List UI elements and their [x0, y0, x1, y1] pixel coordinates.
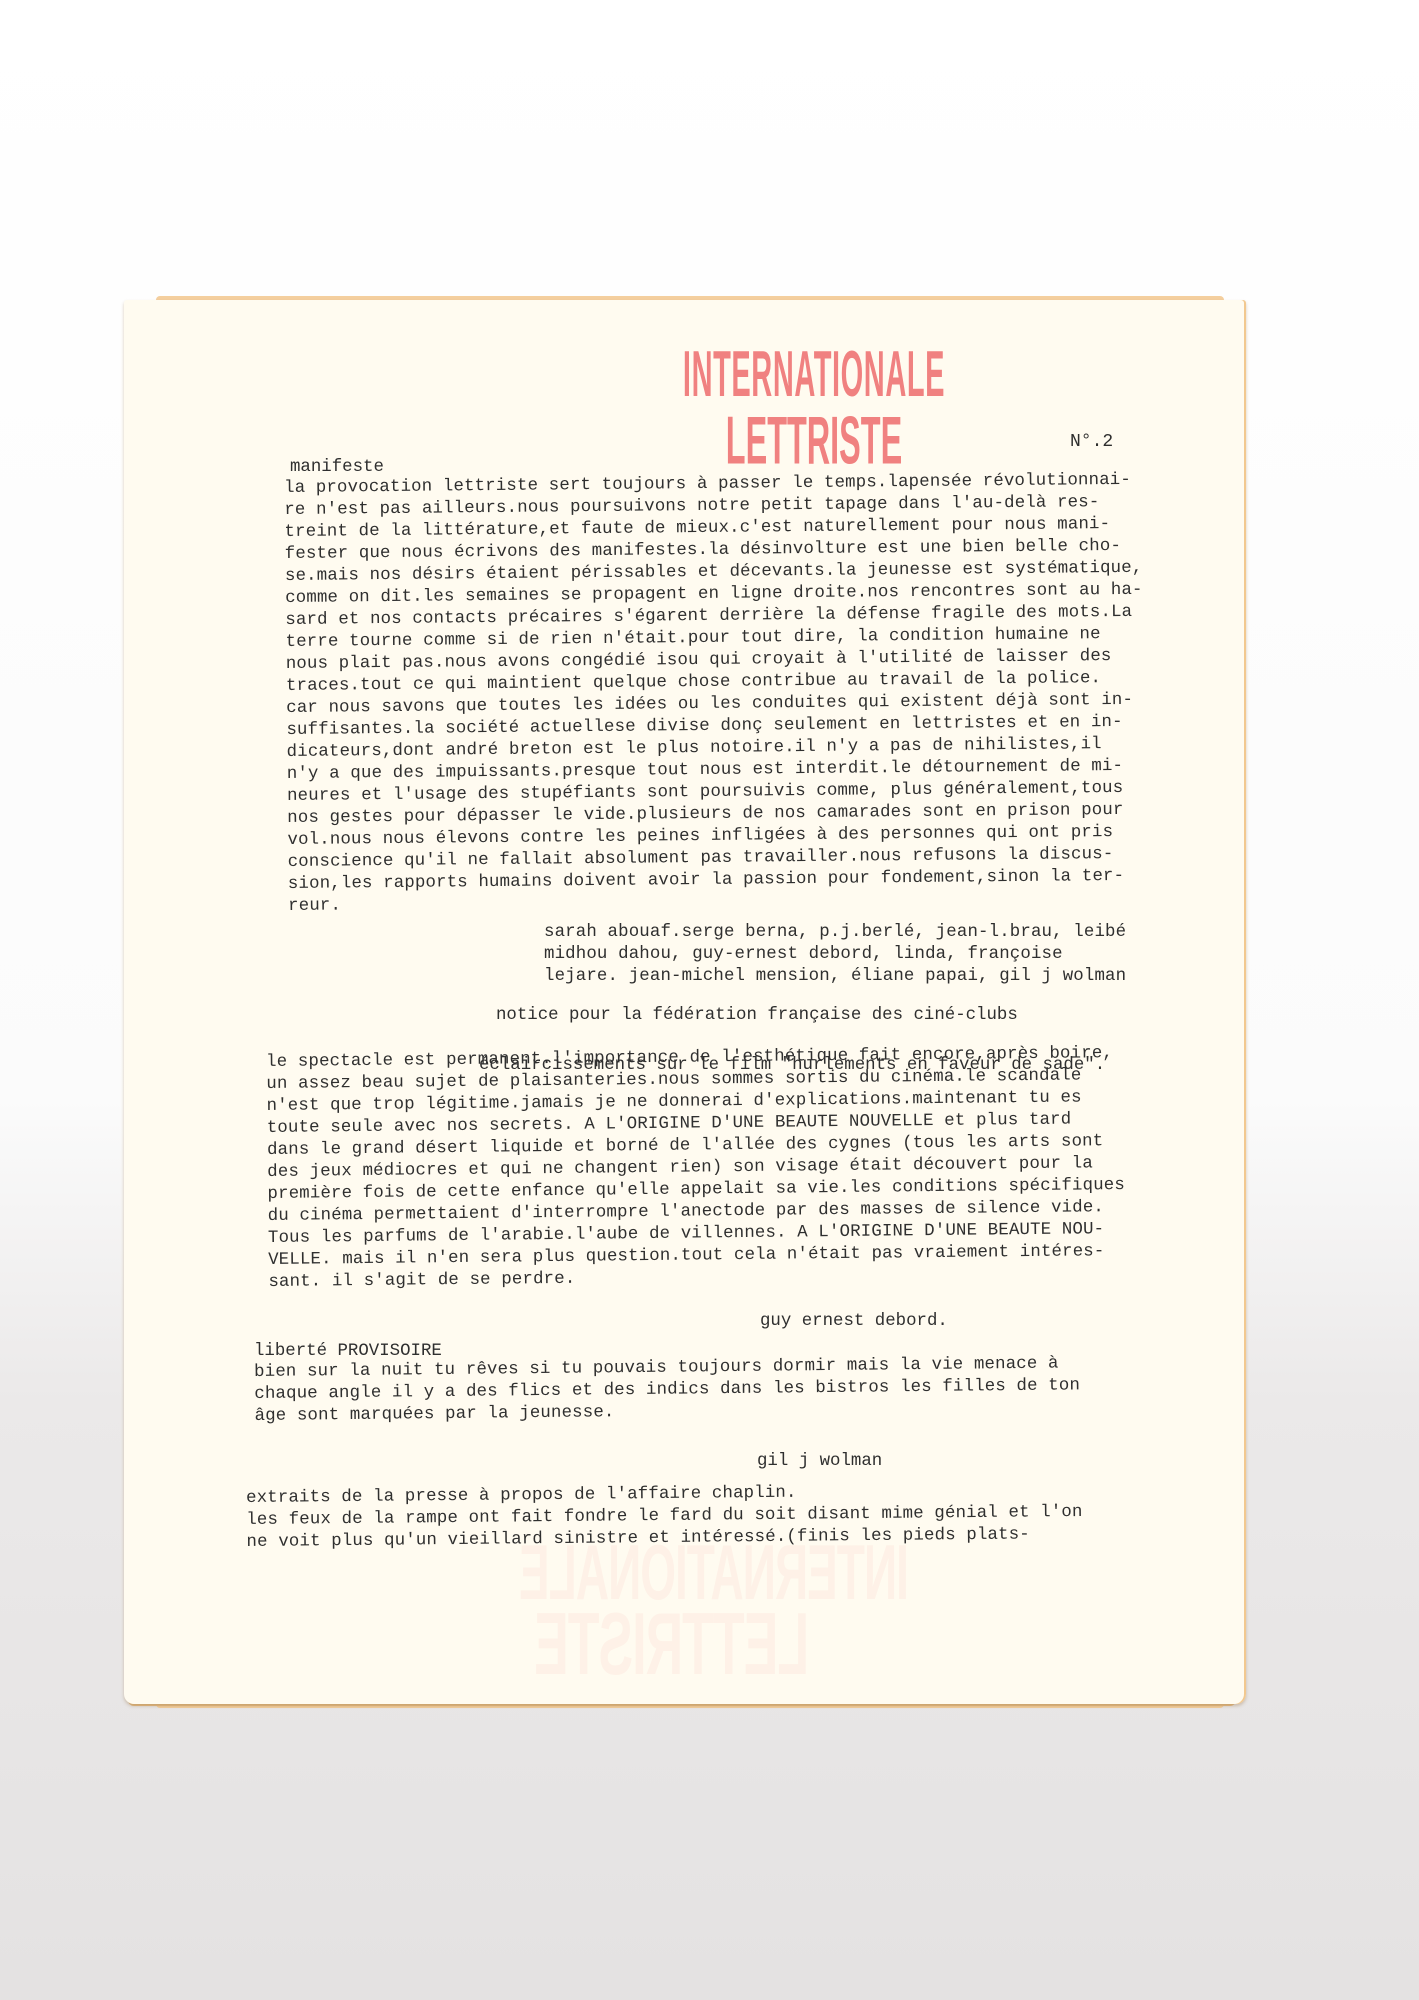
text-line: sarah abouaf.serge berna, p.j.berlé, jea… [544, 922, 1126, 944]
bleed-through-stamp: LETTRISTE [535, 1594, 809, 1696]
masthead-stamp: INTERNATIONALE LETTRISTE [644, 336, 984, 464]
notice-title: notice pour la fédération française des … [496, 1006, 1018, 1025]
manifeste-title: manifeste [290, 458, 384, 477]
masthead-line-1: INTERNATIONALE [628, 336, 999, 411]
manifeste-body: la provocation lettriste sert toujours à… [284, 470, 1146, 918]
notice-signature: guy ernest debord. [760, 1312, 948, 1331]
text-line: lejare. jean-michel mension, éliane papa… [544, 966, 1126, 988]
issue-number: N°.2 [1070, 432, 1113, 452]
liberte-signature: gil j wolman [757, 1452, 882, 1471]
extraits-body: extraits de la presse à propos de l'affa… [246, 1480, 1083, 1554]
liberte-body: bien sur la nuit tu rêves si tu pouvais … [254, 1353, 1080, 1428]
signatories: sarah abouaf.serge berna, p.j.berlé, jea… [544, 922, 1126, 988]
notice-body: le spectacle est permanent.l'importance … [266, 1043, 1126, 1294]
text-line: midhou dahou, guy-ernest debord, linda, … [544, 944, 1126, 966]
liberte-title: liberté PROVISOIRE [254, 1342, 442, 1361]
masthead-line-2: LETTRISTE [622, 402, 1006, 480]
